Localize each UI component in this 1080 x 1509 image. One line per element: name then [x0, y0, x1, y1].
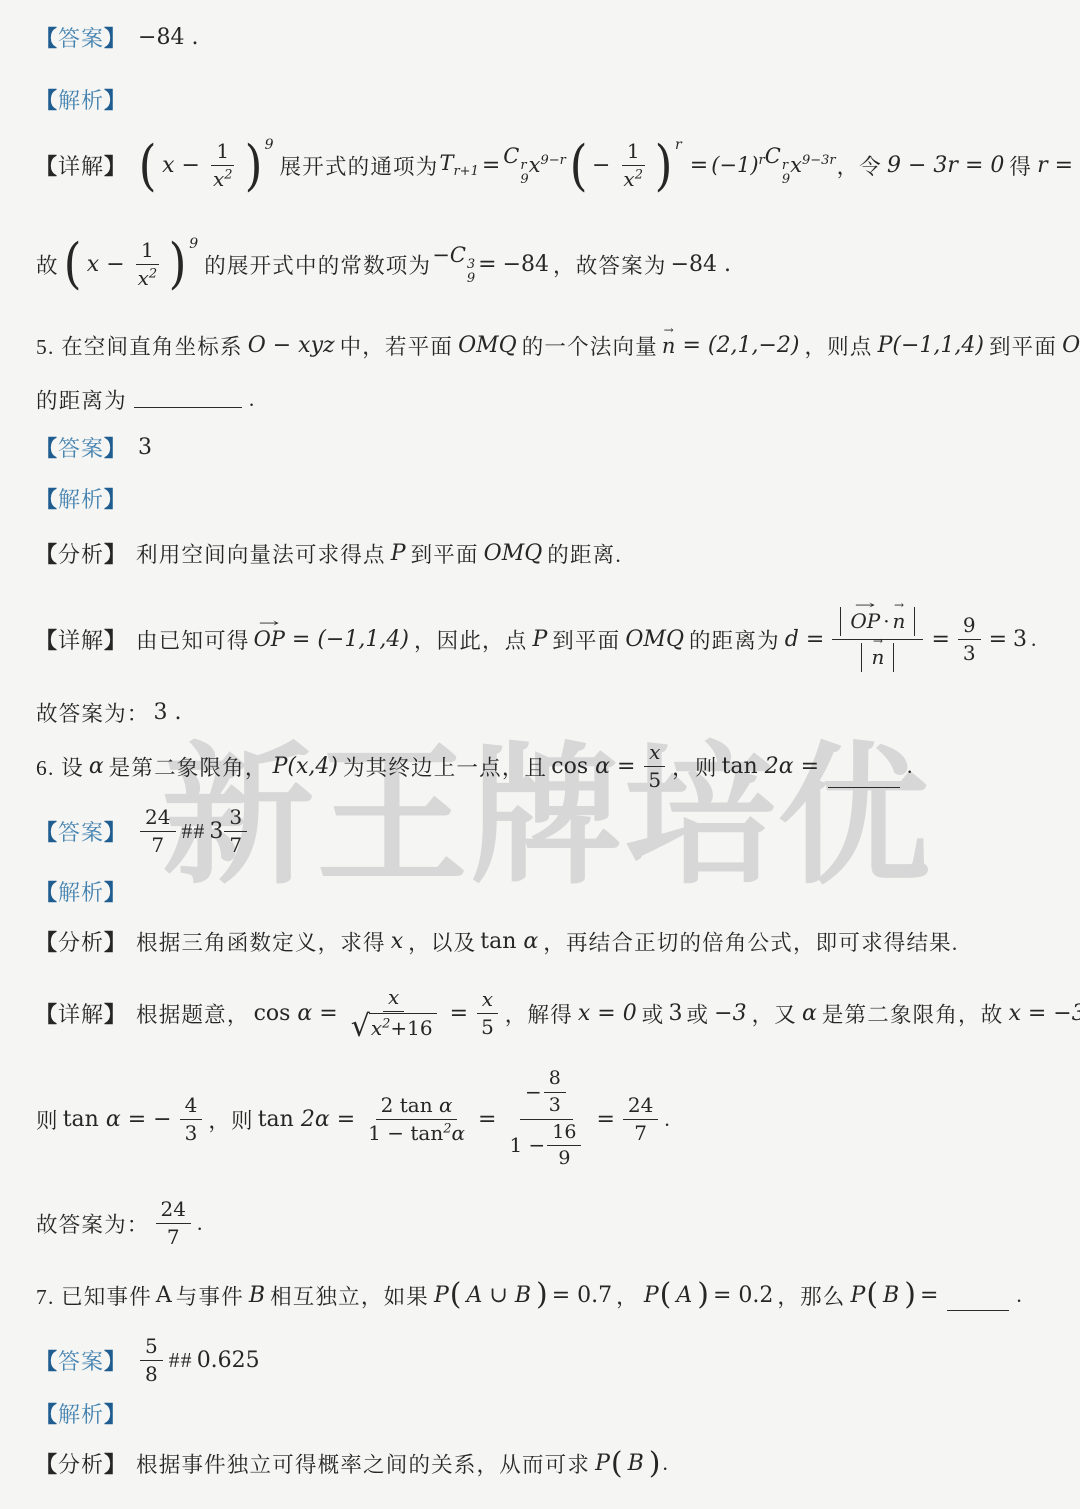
- math-expr: 1 −: [509, 1133, 545, 1158]
- math-var: α: [595, 754, 610, 779]
- cn-text: .: [664, 1107, 671, 1132]
- equals: =: [482, 153, 500, 178]
- exponent: r: [675, 137, 682, 153]
- vector-arrow-icon: →: [873, 634, 883, 649]
- q7-answer-line: 【答案】 58 ## 0.625: [35, 1330, 263, 1390]
- blank-line: [947, 1306, 1009, 1311]
- denominator: 8: [140, 1361, 163, 1387]
- q5-conclusion-line: 故答案为： 3 .: [35, 697, 185, 728]
- q7-jiexi-line: 【解析】: [35, 1398, 135, 1429]
- binomial-coefficient: Cr9: [503, 144, 528, 186]
- function-name: 2 tan: [381, 1093, 439, 1117]
- q5-jiexi-line: 【解析】: [35, 483, 135, 514]
- bracket: 【: [35, 483, 58, 514]
- math-power: x2: [213, 167, 233, 192]
- cn-text: .: [1016, 1283, 1023, 1308]
- abs-value: OP→·n→: [840, 607, 915, 636]
- math-var: A: [676, 1283, 692, 1308]
- cn-text: 根据题意，: [136, 998, 250, 1029]
- answer-label: 【答案】: [35, 432, 127, 463]
- math-op: −: [182, 153, 200, 178]
- q5-fenxi-line: 【分析】 利用空间向量法可求得点 P 到平面 OMQ 的距离.: [35, 538, 623, 569]
- math-var: n: [662, 334, 676, 358]
- bracket: 【: [35, 150, 58, 181]
- numerator: −83: [520, 1067, 573, 1120]
- cn-text: 与事件: [176, 1280, 244, 1311]
- function-name: cos: [254, 1001, 291, 1026]
- q6-detail-line2: 则 tan α = − 43 ，则 tan 2α = 2 tan α 1 − t…: [35, 1058, 672, 1180]
- exponent: 9−3r: [802, 153, 836, 168]
- q6-jiexi-line: 【解析】: [35, 876, 135, 907]
- math-term: 1 − tan2α: [368, 1121, 465, 1146]
- equals: =: [920, 1283, 938, 1308]
- cn-text: .: [1031, 627, 1038, 652]
- cn-text: 的距离为: [689, 624, 780, 655]
- exponent: r: [782, 159, 788, 173]
- bracket: 】: [104, 22, 127, 53]
- math-power: x9−r: [529, 153, 566, 178]
- math-var: x: [529, 153, 541, 177]
- binomial-expression: ( x − 1x2 ) 9: [62, 238, 202, 291]
- whole-number: 3: [209, 819, 223, 844]
- vector-OP: OP→: [850, 609, 880, 634]
- math-expr: OMQ: [484, 541, 543, 566]
- label-text: 解析: [58, 876, 104, 907]
- cn-text: ，解得: [505, 998, 573, 1029]
- denominator: x2: [208, 166, 238, 192]
- math-power: x9−3r: [790, 153, 836, 178]
- cn-text: 利用空间向量法可求得点: [136, 538, 386, 569]
- watermark: 新王牌培优: [162, 695, 932, 913]
- math-expr: P(−1,1,4): [878, 333, 984, 358]
- bracket: 】: [104, 1345, 127, 1376]
- equals: =: [319, 1001, 337, 1026]
- cn-text: 是第二象限角，故: [822, 998, 1004, 1029]
- cn-text: ，: [616, 1280, 639, 1311]
- cn-text: ，令: [837, 150, 882, 181]
- q5-statement-line2: 的距离为 .: [35, 384, 256, 415]
- subscript: r+1: [453, 165, 478, 180]
- cn-text: 由已知可得: [136, 624, 250, 655]
- equals: =: [337, 1107, 355, 1132]
- vector-n: n→: [893, 609, 906, 634]
- answer-label: 【答案】: [35, 816, 127, 847]
- denominator: 7: [162, 1224, 185, 1250]
- answer-value: 3 .: [154, 700, 182, 725]
- q4-detail-line: 【详解】 ( x − 1x2 ) 9 展开式的通项为 Tr+1 = Cr9 x9…: [35, 118, 1080, 213]
- math-var: P: [391, 541, 406, 566]
- numerator: 2 tan α: [376, 1093, 458, 1120]
- paren: ): [169, 242, 187, 285]
- cn-text: ，则: [672, 751, 717, 782]
- paren: ): [244, 144, 262, 187]
- subscript: 9: [520, 173, 528, 187]
- bracket: 【: [35, 432, 58, 463]
- sup-sub: r9: [520, 159, 528, 186]
- cn-text: 7. 已知事件: [36, 1280, 152, 1311]
- math-var: x: [371, 1016, 382, 1040]
- denominator: 1 −169: [504, 1120, 588, 1172]
- numerator: 8: [544, 1067, 566, 1093]
- sign-term: (−1)r: [711, 153, 765, 178]
- equals: =: [989, 627, 1007, 652]
- label-text: 答案: [58, 816, 104, 847]
- denominator: 3: [544, 1093, 566, 1118]
- fraction: 93: [958, 613, 981, 666]
- q4-jiexi-line: 【解析】: [35, 84, 135, 115]
- math-expr: A ∪ B: [467, 1283, 531, 1308]
- bracket: 【: [35, 22, 58, 53]
- radicand: x2+16: [369, 1013, 437, 1041]
- binomial-expression: ( x − 1x2 ) 9: [137, 139, 277, 192]
- bracket: 【: [35, 538, 58, 569]
- cn-text: 或: [686, 998, 709, 1029]
- math-expr: 9 − 3r = 0: [887, 153, 1004, 178]
- denominator: 1 − tan2α: [363, 1120, 470, 1146]
- math-op: = −: [128, 1107, 172, 1132]
- vector-arrow-icon: →: [855, 598, 876, 613]
- jiexi-label: 【解析】: [35, 483, 127, 514]
- exponent: 3: [467, 258, 475, 272]
- q5-detail-line: 【详解】 由已知可得 OP→ = (−1,1,4) ，因此，点 P 到平面 OM…: [35, 588, 1039, 690]
- function-name: tan: [480, 929, 516, 954]
- fraction: 247: [156, 1197, 191, 1250]
- q6-conclusion-line: 故答案为： 247 .: [35, 1192, 205, 1254]
- math-value: −84 .: [671, 252, 731, 277]
- label-text: 详解: [58, 624, 104, 655]
- q7-statement-line: 7. 已知事件 A 与事件 B 相互独立，如果 P ( A ∪ B ) = 0.…: [35, 1272, 1024, 1318]
- math-var: α: [523, 929, 538, 954]
- jiexi-label: 【解析】: [35, 876, 127, 907]
- subscript: 9: [467, 272, 475, 286]
- cn-text: .: [249, 387, 256, 412]
- fenxi-label: 【分析】: [35, 926, 127, 957]
- cn-text: 故答案为：: [36, 1208, 150, 1239]
- math-expr: x = −3: [1008, 1001, 1080, 1026]
- function-name: cos: [551, 754, 588, 779]
- paren: (: [139, 144, 157, 187]
- math-expr: (−1): [711, 153, 758, 177]
- math-power: x2: [623, 167, 643, 192]
- math-var: x: [388, 985, 399, 1010]
- math-expr: P(x,4): [273, 754, 338, 779]
- sup-sub: 39: [467, 258, 475, 285]
- cn-text: 的距离为: [36, 384, 127, 415]
- equals: =: [801, 754, 819, 779]
- math-op: −: [525, 1080, 542, 1105]
- fraction: 1x2: [618, 139, 648, 192]
- exponent: r: [520, 159, 526, 173]
- bracket: 】: [104, 876, 127, 907]
- q6-answer-line: 【答案】 247 ## 3 37: [35, 800, 252, 862]
- xiangjie-label: 【详解】: [35, 624, 127, 655]
- label-text: 解析: [58, 483, 104, 514]
- math-var: x: [790, 153, 802, 177]
- numerator: 3: [224, 805, 247, 832]
- math-expr: OMQ: [458, 333, 517, 358]
- cn-text: .: [197, 1211, 204, 1236]
- subscript: 9: [782, 173, 790, 187]
- numerator: 1: [136, 238, 159, 265]
- exponent: 2: [149, 266, 157, 281]
- nested-fraction: −83 1 −169: [504, 1067, 588, 1171]
- exponent: 9: [265, 137, 274, 153]
- equals: =: [450, 1001, 468, 1026]
- label-text: 分析: [58, 926, 104, 957]
- denominator: 5: [476, 1014, 499, 1040]
- math-var: C: [765, 144, 781, 168]
- binomial-coefficient: Cr9: [765, 144, 790, 186]
- equals: =: [617, 754, 635, 779]
- math-var: B: [883, 1283, 899, 1308]
- label-text: 分析: [58, 1448, 104, 1479]
- function-name: tan: [258, 1107, 294, 1132]
- bracket: 【: [35, 1398, 58, 1429]
- q4-answer-line: 【答案】 −84 .: [35, 22, 201, 53]
- label-text: 分析: [58, 538, 104, 569]
- cn-text: ，故答案为: [553, 249, 667, 280]
- math-var: α: [451, 1121, 465, 1145]
- denominator: 5: [643, 767, 666, 793]
- cn-text: 是第二象限角，: [109, 751, 268, 782]
- math-var: α: [297, 1001, 312, 1026]
- cn-text: 5. 在空间直角坐标系: [36, 330, 243, 361]
- math-var: P: [595, 1451, 610, 1476]
- jiexi-label: 【解析】: [35, 84, 127, 115]
- blank-line: [134, 403, 242, 408]
- cn-text: 6. 设: [36, 751, 84, 782]
- cn-text: ，又: [752, 998, 797, 1029]
- math-var: x: [138, 266, 149, 290]
- bracket: 】: [104, 538, 127, 569]
- numerator: x: [477, 987, 498, 1014]
- double-angle-fraction: 2 tan α 1 − tan2α: [363, 1093, 470, 1146]
- vector-n: n→: [871, 645, 884, 670]
- cn-text: 展开式的通项为: [280, 150, 439, 181]
- fraction: 43: [180, 1093, 203, 1146]
- math-value: 3: [668, 1001, 682, 1026]
- cn-text: .: [662, 1451, 669, 1476]
- fraction: 169: [547, 1121, 581, 1172]
- fraction: x5: [476, 987, 499, 1040]
- bracket: 】: [104, 483, 127, 514]
- bracket: 【: [35, 876, 58, 907]
- bracket: 【: [35, 1345, 58, 1376]
- math-var: x: [162, 153, 174, 178]
- fenxi-label: 【分析】: [35, 538, 127, 569]
- numerator: 16: [547, 1121, 581, 1147]
- vector-n: n→: [662, 334, 676, 358]
- bracket: 】: [104, 84, 127, 115]
- binomial-coefficient: −C39: [432, 243, 475, 285]
- math-expr: x = 0: [578, 1001, 637, 1026]
- numerator: 24: [623, 1093, 658, 1120]
- denominator: x2: [133, 265, 163, 291]
- dot-operator: ·: [883, 609, 889, 634]
- math-expr: OMQ: [625, 627, 684, 652]
- math-value: −84: [503, 252, 549, 277]
- cn-text: 或: [642, 998, 665, 1029]
- xiangjie-label: 【详解】: [35, 150, 127, 181]
- math-var: x: [87, 252, 99, 277]
- fraction: 1x2: [133, 238, 163, 291]
- denominator: x2: [618, 166, 648, 192]
- numerator: 1: [622, 139, 645, 166]
- answer-value: 3: [138, 435, 152, 460]
- inner-term: ( − 1x2 ) r: [568, 139, 685, 192]
- bracket: 】: [104, 624, 127, 655]
- math-var: α: [106, 1107, 121, 1132]
- denominator: 3: [180, 1120, 203, 1146]
- label-text: 详解: [58, 998, 104, 1029]
- exponent: 2: [635, 167, 643, 182]
- math-var: x: [649, 740, 660, 765]
- math-expr: 2α: [301, 1107, 330, 1132]
- math-var: C: [503, 144, 519, 168]
- denominator: 7: [224, 832, 247, 858]
- math-term: 2 tan α: [381, 1093, 453, 1118]
- numerator: 24: [140, 805, 175, 832]
- math-expr: = (2,1,−2): [682, 333, 799, 358]
- denominator: 3: [958, 640, 981, 666]
- cn-text: 根据三角函数定义，求得: [136, 926, 386, 957]
- math-var: α: [439, 1093, 453, 1117]
- vector-arrow-icon: →: [894, 598, 904, 613]
- bracket: 】: [104, 816, 127, 847]
- math-value: = 0.7: [552, 1283, 612, 1308]
- cn-text: 的距离.: [547, 538, 622, 569]
- equals: =: [931, 627, 949, 652]
- math-expr: OMQ: [1062, 333, 1080, 358]
- math-op: −: [592, 153, 610, 178]
- numerator: 1: [211, 139, 234, 166]
- math-op: −: [106, 252, 124, 277]
- bracket: 【: [35, 84, 58, 115]
- denominator: √x2+16: [346, 1012, 442, 1041]
- math-var: P: [532, 627, 547, 652]
- cn-text: 为其终边上一点，且: [343, 751, 547, 782]
- bracket: 【: [35, 1448, 58, 1479]
- q7-fenxi-line: 【分析】 根据事件独立可得概率之间的关系，从而可求 P ( B ) .: [35, 1448, 670, 1479]
- function-name: 1 − tan: [368, 1121, 443, 1145]
- math-var: d: [785, 627, 799, 652]
- cn-text: 根据事件独立可得概率之间的关系，从而可求: [136, 1448, 590, 1479]
- fraction: 247: [140, 805, 175, 858]
- equals: =: [478, 1107, 496, 1132]
- equals: =: [596, 1107, 614, 1132]
- cn-text: 到平面: [411, 538, 479, 569]
- q6-fenxi-line: 【分析】 根据三角函数定义，求得 x ，以及 tan α ，再结合正切的倍角公式…: [35, 926, 959, 957]
- cn-text: 的展开式中的常数项为: [204, 249, 431, 280]
- cn-text: 故答案为：: [36, 697, 150, 728]
- numerator: x: [383, 985, 404, 1012]
- math-var: B: [249, 1283, 265, 1308]
- vector-OP: OP→: [254, 627, 285, 651]
- exponent: 9: [189, 236, 198, 252]
- bracket: 】: [104, 926, 127, 957]
- exponent: 2: [224, 167, 232, 182]
- math-var: x: [482, 987, 493, 1012]
- jiexi-label: 【解析】: [35, 1398, 127, 1429]
- label-text: 答案: [58, 432, 104, 463]
- label-text: 答案: [58, 22, 104, 53]
- math-expr: −C: [432, 243, 466, 267]
- alt-answer-separator: ##: [182, 819, 206, 844]
- answer-label: 【答案】: [35, 22, 127, 53]
- label-text: 解析: [58, 84, 104, 115]
- function-name: tan: [63, 1107, 99, 1132]
- equals: =: [690, 153, 708, 178]
- answer-value: −84 .: [138, 25, 198, 50]
- sup-sub: r9: [782, 159, 790, 186]
- sqrt-fraction: x √x2+16: [346, 985, 442, 1041]
- math-expr: = (−1,1,4): [292, 627, 409, 652]
- math-expr: O − xyz: [248, 333, 335, 358]
- cn-text: ，则: [208, 1104, 253, 1135]
- answer-label: 【答案】: [35, 1345, 127, 1376]
- alt-answer-separator: ##: [169, 1348, 193, 1373]
- math-var: OP: [254, 627, 285, 651]
- fraction: 1x2: [208, 139, 238, 192]
- denominator: 7: [146, 832, 169, 858]
- label-text: 解析: [58, 1398, 104, 1429]
- cn-text: ，再结合正切的倍角公式，即可求得结果.: [543, 926, 958, 957]
- math-expr: 2α: [765, 754, 794, 779]
- math-var: P: [644, 1283, 659, 1308]
- numerator: 24: [156, 1197, 191, 1224]
- math-value: = 0.2: [713, 1283, 773, 1308]
- cn-text: ，则点: [804, 330, 872, 361]
- bracket: 】: [104, 150, 127, 181]
- cn-text: 相互独立，如果: [270, 1280, 429, 1311]
- denominator: 7: [629, 1120, 652, 1146]
- abs-value: n→: [861, 643, 894, 672]
- math-var: α: [802, 1001, 817, 1026]
- numerator: 9: [958, 613, 981, 640]
- q6-statement-line: 6. 设 α 是第二象限角， P(x,4) 为其终边上一点，且 cos α = …: [35, 737, 915, 795]
- equals: =: [478, 252, 496, 277]
- fraction: 37: [224, 805, 247, 858]
- numerator: 4: [180, 1093, 203, 1120]
- cn-text: 的一个法向量: [522, 330, 658, 361]
- label-text: 答案: [58, 1345, 104, 1376]
- label-text: 详解: [58, 150, 104, 181]
- distance-fraction: OP→·n→ n→: [832, 605, 923, 674]
- xiangjie-label: 【详解】: [35, 998, 127, 1029]
- q6-detail-line1: 【详解】 根据题意， cos α = x √x2+16 = x5 ，解得 x =…: [35, 978, 1080, 1048]
- bracket: 】: [104, 1398, 127, 1429]
- math-var: x: [623, 167, 634, 191]
- math-var: B: [628, 1451, 644, 1476]
- cn-text: ，那么: [777, 1280, 845, 1311]
- blank-line: [828, 783, 900, 788]
- denominator: n→: [853, 640, 902, 674]
- cn-text: 到平面: [989, 330, 1057, 361]
- math-value: 3: [1013, 627, 1027, 652]
- cn-text: 则: [36, 1104, 59, 1135]
- math-value: −3: [714, 1001, 746, 1026]
- math-var: α: [89, 754, 104, 779]
- numerator: 5: [140, 1334, 163, 1361]
- vector-arrow-icon: →: [259, 616, 280, 630]
- math-var: P: [434, 1283, 449, 1308]
- math-power: x2: [138, 266, 158, 291]
- bracket: 】: [104, 998, 127, 1029]
- function-name: tan: [722, 754, 758, 779]
- paren: (: [63, 242, 81, 285]
- equals: =: [806, 627, 824, 652]
- paren: ): [655, 144, 673, 187]
